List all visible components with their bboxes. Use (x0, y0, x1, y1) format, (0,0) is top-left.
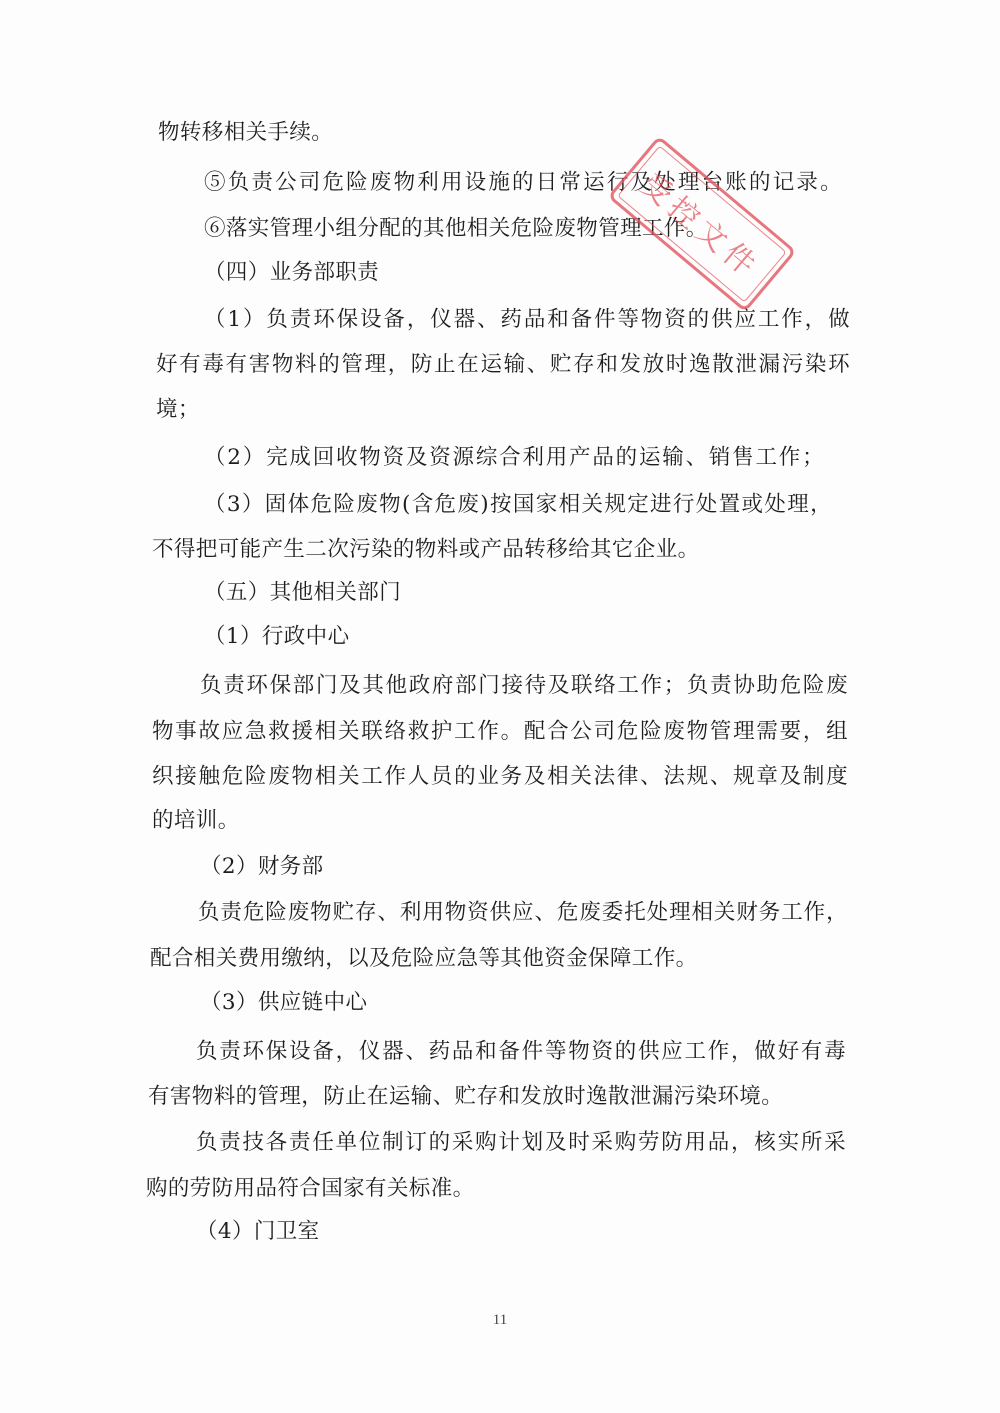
text-line: 物事故应急救援相关联络救护工作。配合公司危险废物管理需要，组 (152, 717, 848, 747)
text-line: （3）固体危险废物(含危废)按国家相关规定进行处置或处理， (204, 490, 832, 520)
text-line: （五）其他相关部门 (204, 578, 401, 608)
text-line: 织接触危险废物相关工作人员的业务及相关法律、法规、规章及制度 (152, 762, 848, 792)
text-line: （2）完成回收物资及资源综合利用产品的运输、销售工作； (204, 443, 824, 473)
text-line: 有害物料的管理，防止在运输、贮存和发放时逸散泄漏污染环境。 (148, 1082, 783, 1112)
text-line: 好有毒有害物料的管理，防止在运输、贮存和发放时逸散泄漏污染环 (156, 350, 850, 380)
text-line: 配合相关费用缴纳，以及危险应急等其他资金保障工作。 (150, 944, 698, 974)
text-line: 购的劳防用品符合国家有关标准。 (146, 1174, 475, 1204)
text-line: （1）负责环保设备，仪器、药品和备件等物资的供应工作，做 (204, 305, 850, 335)
page-number: 11 (0, 1312, 1000, 1329)
text-line: 的培训。 (152, 806, 240, 836)
text-line: （3）供应链中心 (200, 988, 367, 1018)
document-page: 物转移相关手续。⑤负责公司危险废物利用设施的日常运行及处理台账的记录。⑥落实管理… (0, 0, 1000, 1413)
text-line: 物转移相关手续。 (158, 118, 333, 148)
text-line: （4）门卫室 (196, 1217, 320, 1247)
text-line: 负责环保部门及其他政府部门接待及联络工作；负责协助危险废 (200, 671, 848, 701)
text-line: 负责危险废物贮存、利用物资供应、危废委托处理相关财务工作， (198, 898, 848, 928)
text-line: （1）行政中心 (204, 622, 349, 652)
text-line: ⑥落实管理小组分配的其他相关危险废物管理工作。 (204, 214, 708, 244)
text-line: 不得把可能产生二次污染的物料或产品转移给其它企业。 (152, 535, 700, 565)
text-line: 境； (156, 395, 200, 425)
text-line: 负责环保设备，仪器、药品和备件等物资的供应工作，做好有毒 (196, 1037, 846, 1067)
text-line: ⑤负责公司危险废物利用设施的日常运行及处理台账的记录。 (204, 168, 842, 198)
text-line: （2）财务部 (200, 852, 324, 882)
text-line: 负责技各责任单位制订的采购计划及时采购劳防用品，核实所采 (196, 1128, 846, 1158)
text-line: （四）业务部职责 (204, 258, 379, 288)
